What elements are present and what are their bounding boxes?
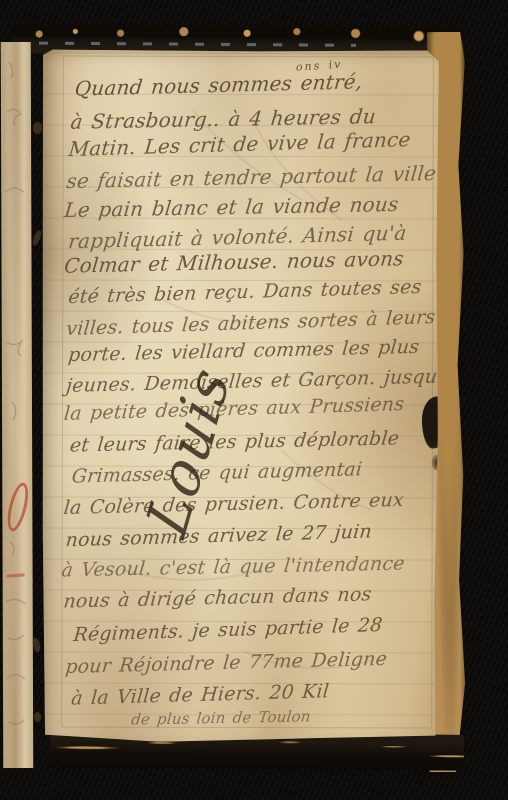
red-ink-dash	[7, 573, 25, 577]
binding-stitch	[34, 712, 41, 722]
page-stack-gutter	[30, 48, 43, 754]
manuscript-line: de plus loin de Toulon	[130, 709, 311, 727]
gilded-edge-glint	[39, 42, 355, 47]
red-ink-flourish	[4, 481, 32, 534]
manuscript-line: Le pain blanc et la viande nous	[63, 194, 399, 220]
binding-stitch	[33, 122, 42, 134]
facing-page-edge	[1, 42, 34, 768]
binding-stitch	[31, 229, 42, 246]
binding-stitch	[32, 637, 42, 652]
manuscript-line: à Strasbourg.. à 4 heures du	[70, 106, 377, 132]
manuscript-page: ons iv Quand nous sommes entré,à Strasbo…	[41, 49, 439, 742]
faint-writing-marks	[1, 42, 34, 768]
photo-background: ons iv Quand nous sommes entré,à Strasbo…	[0, 0, 508, 800]
